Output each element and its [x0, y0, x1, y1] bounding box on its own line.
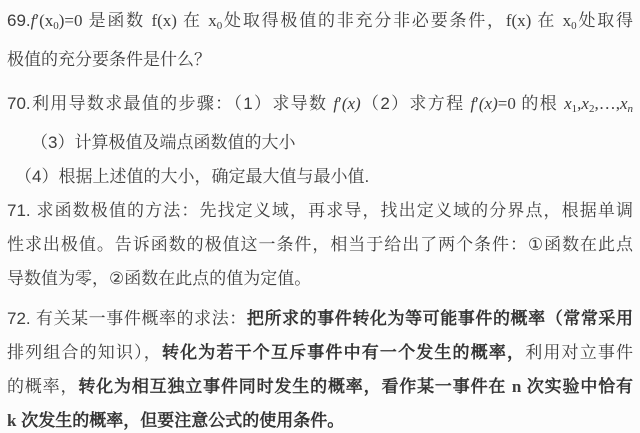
item-72: 72. 有关某一事件概率的求法：把所求的事件转化为等可能事件的概率（常常采用排列… — [7, 302, 633, 433]
text-run: 的根 — [521, 94, 564, 113]
text-run: (x — [39, 11, 53, 30]
text-line: 导数值为零，②函数在此点的值为定值。 — [7, 262, 633, 296]
text-line: k 次发生的概率，但要注意公式的使用条件。 — [7, 404, 633, 433]
text-run: ,…, — [594, 94, 620, 113]
document-body: 69.f′(x0)=0 是函数 f(x) 在 x0处取得极值的非充分非必要条件，… — [7, 4, 633, 433]
text-line: 性求出极值。告诉函数的极值这一条件，相当于给出了两个条件：①函数在此点 — [7, 228, 633, 262]
text-run: 导数值为零，②函数在此点的值为定值。 — [7, 269, 311, 288]
document-page: 69.f′(x0)=0 是函数 f(x) 在 x0处取得极值的非充分非必要条件，… — [0, 0, 640, 433]
text-line: 排列组合的知识），转化为若干个互斥事件中有一个发生的概率，利用对立事件 — [7, 336, 633, 370]
text-line: 的概率，转化为相互独立事件同时发生的概率，看作某一事件在 n 次实验中恰有 — [7, 370, 633, 404]
text-run: 的概率， — [7, 377, 78, 396]
text-run: f(x) — [506, 11, 538, 30]
item-70: 70.利用导数求最值的步骤：（1）求导数 f′(x)（2）求方程 f′(x)=0… — [7, 87, 633, 194]
text-line: 70.利用导数求最值的步骤：（1）求导数 f′(x)（2）求方程 f′(x)=0… — [7, 87, 633, 126]
text-run: （2）求方程 — [361, 94, 471, 113]
text-run: 69. — [7, 11, 31, 30]
text-run: x — [564, 94, 572, 113]
text-run: 处取得极值的非充分非必要条件， — [222, 11, 506, 30]
text-run: 把所求的事件转化为等可能事件的概率（常常采用 — [247, 309, 633, 328]
item-69: 69.f′(x0)=0 是函数 f(x) 在 x0处取得极值的非充分非必要条件，… — [7, 4, 633, 77]
text-run: 利用对立事件 — [525, 343, 633, 362]
text-run: 转化为相互独立事件同时发生的概率，看作某一事件在 — [78, 377, 511, 396]
text-run: 排列组合的知识）， — [7, 343, 162, 362]
text-line: （3）计算极值及端点函数值的大小 — [7, 126, 633, 160]
text-run: 在 — [537, 11, 562, 30]
text-line: 71. 求函数极值的方法：先找定义域，再求导，找出定义域的分界点，根据单调 — [7, 194, 633, 228]
text-run: 在 — [183, 11, 208, 30]
text-run: 次发生的概率，但要注意公式的使用条件。 — [16, 411, 344, 430]
text-run: （3）计算极值及端点函数值的大小 — [31, 133, 295, 152]
text-run: 72. 有关某一事件概率的求法： — [7, 309, 247, 328]
text-run: 是函数 — [89, 11, 152, 30]
text-line: 极值的充分要条件是什么？ — [7, 43, 633, 77]
text-run: x — [208, 11, 217, 30]
text-run: x — [563, 11, 572, 30]
text-run: (x) — [342, 94, 361, 113]
text-run: =0 — [498, 94, 522, 113]
text-run: n — [628, 103, 634, 115]
text-run: 极值的充分要条件是什么？ — [7, 50, 211, 69]
text-line: 69.f′(x0)=0 是函数 f(x) 在 x0处取得极值的非充分非必要条件，… — [7, 4, 633, 43]
text-line: 72. 有关某一事件概率的求法：把所求的事件转化为等可能事件的概率（常常采用 — [7, 302, 633, 336]
text-line: （4）根据上述值的大小，确定最大值与最小值. — [7, 160, 633, 194]
text-run: 次实验中恰有 — [521, 377, 633, 396]
text-run: 性求出极值。告诉函数的极值这一条件，相当于给出了两个条件：①函数在此点 — [7, 235, 633, 254]
text-run: 70.利用导数求最值的步骤：（1）求导数 — [7, 94, 333, 113]
item-71: 71. 求函数极值的方法：先找定义域，再求导，找出定义域的分界点，根据单调性求出… — [7, 194, 633, 296]
text-run: )=0 — [59, 11, 89, 30]
text-run: n — [512, 377, 521, 396]
text-run: x — [620, 94, 628, 113]
text-run: （4）根据上述值的大小，确定最大值与最小值. — [15, 167, 369, 186]
text-run: x — [581, 94, 589, 113]
text-run: (x) — [479, 94, 498, 113]
text-run: 71. 求函数极值的方法：先找定义域，再求导，找出定义域的分界点，根据单调 — [7, 201, 633, 220]
text-run: 转化为若干个互斥事件中有一个发生的概率， — [162, 343, 525, 362]
text-run: f(x) — [151, 11, 183, 30]
text-run: 处取得 — [577, 11, 633, 30]
